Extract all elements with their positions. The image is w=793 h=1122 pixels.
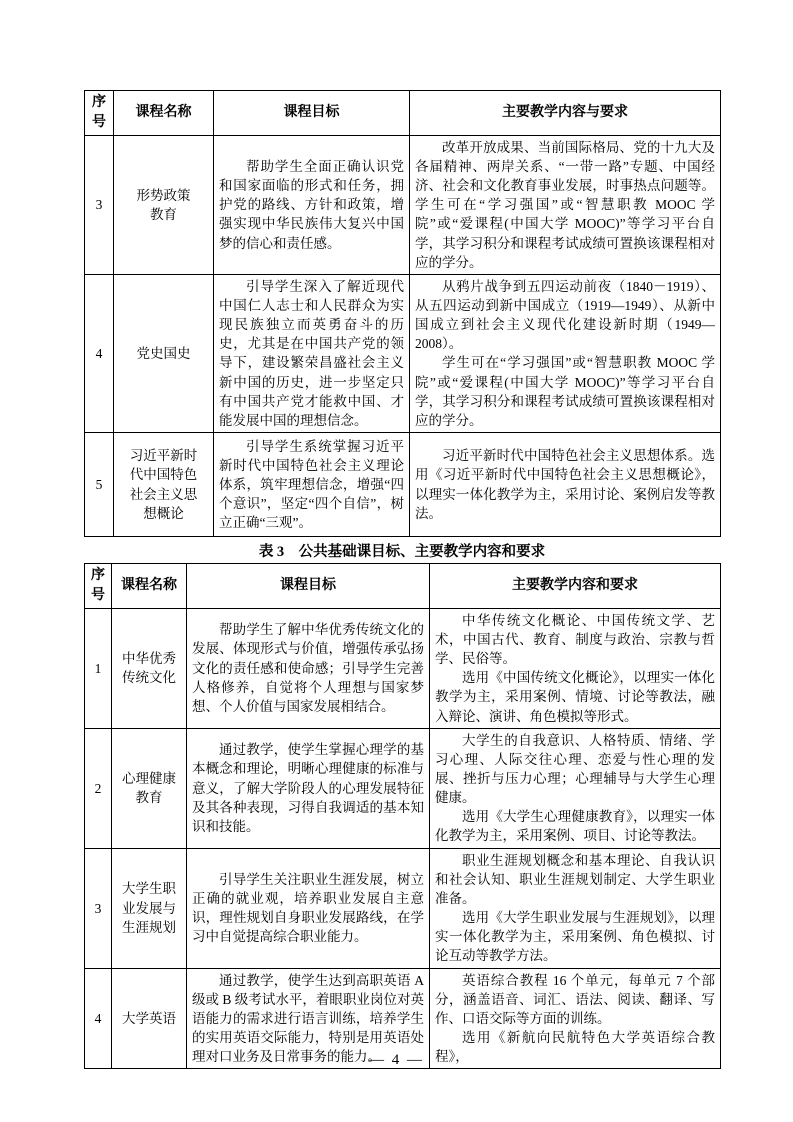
objective-paragraph: 帮助学生了解中华优秀传统文化的发展、体现形式与价值，增强传承弘扬文化的责任感和使… xyxy=(192,620,424,716)
course-objective: 帮助学生了解中华优秀传统文化的发展、体现形式与价值，增强传承弘扬文化的责任感和使… xyxy=(187,608,430,728)
course-name: 中华优秀 传统文化 xyxy=(112,608,187,728)
table-row: 5 习近平新时 代中国特色 社会主义思 想概论 引导学生系统掌握习近平新时代中国… xyxy=(85,433,721,537)
table-row: 4 党史国史 引导学生深入了解近现代中国仁人志士和人民群众为实现民族独立而英勇奋… xyxy=(85,274,721,432)
row-no: 4 xyxy=(85,274,114,432)
row-no: 1 xyxy=(85,608,112,728)
table3-caption: 表 3 公共基础课目标、主要教学内容和要求 xyxy=(84,540,720,561)
course-name: 心理健康 教育 xyxy=(112,728,187,848)
ideological-courses-table: 序 号 课程名称 课程目标 主要教学内容与要求 3 形势政策 教育 帮助学生全面… xyxy=(84,90,721,537)
table-row: 2 心理健康 教育 通过教学，使学生掌握心理学的基本概念和理论，明晰心理健康的标… xyxy=(85,728,721,848)
course-content: 改革开放成果、当前国际格局、党的十九大及各届精神、两岸关系、“一带一路”专题、中… xyxy=(410,135,721,274)
course-content: 职业生涯规划概念和基本理论、自我认识和社会认知、职业生涯规划制定、大学生职业准备… xyxy=(430,848,721,968)
content-paragraph: 英语综合教程 16 个单元，每单元 7 个部分，涵盖语音、词汇、语法、阅读、翻译… xyxy=(435,971,715,1028)
content-paragraph: 改革开放成果、当前国际格局、党的十九大及各届精神、两岸关系、“一带一路”专题、中… xyxy=(415,138,715,272)
course-objective: 帮助学生全面正确认识党和国家面临的形式和任务，拥护党的路线、方针和政策，增强实现… xyxy=(214,135,410,274)
row-no: 2 xyxy=(85,728,112,848)
content-paragraph: 选用《大学生职业发展与生涯规划》，以理实一体化教学为主，采用案例、角色模拟、讨论… xyxy=(435,908,715,965)
course-content: 习近平新时代中国特色社会主义思想体系。选用《习近平新时代中国特色社会主义思想概论… xyxy=(410,433,721,537)
objective-paragraph: 引导学生系统掌握习近平新时代中国特色社会主义理论体系，筑牢理想信念，增强“四个意… xyxy=(219,437,404,533)
course-objective: 引导学生深入了解近现代中国仁人志士和人民群众为实现民族独立而英勇奋斗的历史，尤其… xyxy=(214,274,410,432)
content-paragraph: 选用《中国传统文化概论》，以理实一体化教学为主，采用案例、情境、讨论等教法，融入… xyxy=(435,668,715,725)
content-paragraph: 习近平新时代中国特色社会主义思想体系。选用《习近平新时代中国特色社会主义思想概论… xyxy=(415,446,715,523)
header-course-content: 主要教学内容和要求 xyxy=(430,564,721,609)
course-name: 习近平新时 代中国特色 社会主义思 想概论 xyxy=(114,433,214,537)
content-paragraph: 中华传统文化概论、中国传统文学、艺术，中国古代、教育、制度与政治、宗教与哲学、民… xyxy=(435,611,715,668)
header-no: 序 号 xyxy=(85,564,112,609)
header-course-objective: 课程目标 xyxy=(187,564,430,609)
table-row: 1 中华优秀 传统文化 帮助学生了解中华优秀传统文化的发展、体现形式与价值，增强… xyxy=(85,608,721,728)
objective-paragraph: 引导学生深入了解近现代中国仁人志士和人民群众为实现民族独立而英勇奋斗的历史，尤其… xyxy=(219,277,404,430)
course-objective: 通过教学，使学生掌握心理学的基本概念和理论，明晰心理健康的标准与意义，了解大学阶… xyxy=(187,728,430,848)
content-paragraph: 从鸦片战争到五四运动前夜（1840－1919）、从五四运动到新中国成立（1919… xyxy=(415,277,715,354)
page-number: — 4 — xyxy=(0,1052,793,1069)
course-name: 大学生职 业发展与 生涯规划 xyxy=(112,848,187,968)
header-course-name: 课程名称 xyxy=(114,91,214,136)
basic-courses-table: 序 号 课程名称 课程目标 主要教学内容和要求 1 中华优秀 传统文化 帮助学生… xyxy=(84,563,721,1069)
content-paragraph: 学生可在“学习强国”或“智慧职教 MOOC 学院”或“爱课程(中国大学 MOOC… xyxy=(415,353,715,430)
header-course-name: 课程名称 xyxy=(112,564,187,609)
course-name: 党史国史 xyxy=(114,274,214,432)
row-no: 5 xyxy=(85,433,114,537)
header-course-content: 主要教学内容与要求 xyxy=(410,91,721,136)
header-no: 序 号 xyxy=(85,91,114,136)
header-course-objective: 课程目标 xyxy=(214,91,410,136)
course-content: 从鸦片战争到五四运动前夜（1840－1919）、从五四运动到新中国成立（1919… xyxy=(410,274,721,432)
objective-paragraph: 帮助学生全面正确认识党和国家面临的形式和任务，拥护党的路线、方针和政策，增强实现… xyxy=(219,157,404,253)
content-paragraph: 大学生的自我意识、人格特质、情绪、学习心理、人际交往心理、恋爱与性心理的发展、挫… xyxy=(435,731,715,808)
content-paragraph: 选用《大学生心理健康教育》，以理实一体化教学为主，采用案例、项目、讨论等教法。 xyxy=(435,807,715,845)
course-content: 大学生的自我意识、人格特质、情绪、学习心理、人际交往心理、恋爱与性心理的发展、挫… xyxy=(430,728,721,848)
table-row: 3 形势政策 教育 帮助学生全面正确认识党和国家面临的形式和任务，拥护党的路线、… xyxy=(85,135,721,274)
objective-paragraph: 通过教学，使学生掌握心理学的基本概念和理论，明晰心理健康的标准与意义，了解大学阶… xyxy=(192,740,424,836)
table-header-row: 序 号 课程名称 课程目标 主要教学内容与要求 xyxy=(85,91,721,136)
objective-paragraph: 引导学生关注职业生涯发展，树立正确的就业观，培养职业发展自主意识，理性规划自身职… xyxy=(192,870,424,947)
course-content: 中华传统文化概论、中国传统文学、艺术，中国古代、教育、制度与政治、宗教与哲学、民… xyxy=(430,608,721,728)
row-no: 3 xyxy=(85,848,112,968)
course-objective: 引导学生关注职业生涯发展，树立正确的就业观，培养职业发展自主意识，理性规划自身职… xyxy=(187,848,430,968)
document-page: 序 号 课程名称 课程目标 主要教学内容与要求 3 形势政策 教育 帮助学生全面… xyxy=(0,0,793,1122)
table-header-row: 序 号 课程名称 课程目标 主要教学内容和要求 xyxy=(85,564,721,609)
content-paragraph: 职业生涯规划概念和基本理论、自我认识和社会认知、职业生涯规划制定、大学生职业准备… xyxy=(435,851,715,908)
course-name: 形势政策 教育 xyxy=(114,135,214,274)
table-row: 3 大学生职 业发展与 生涯规划 引导学生关注职业生涯发展，树立正确的就业观，培… xyxy=(85,848,721,968)
course-objective: 引导学生系统掌握习近平新时代中国特色社会主义理论体系，筑牢理想信念，增强“四个意… xyxy=(214,433,410,537)
row-no: 3 xyxy=(85,135,114,274)
